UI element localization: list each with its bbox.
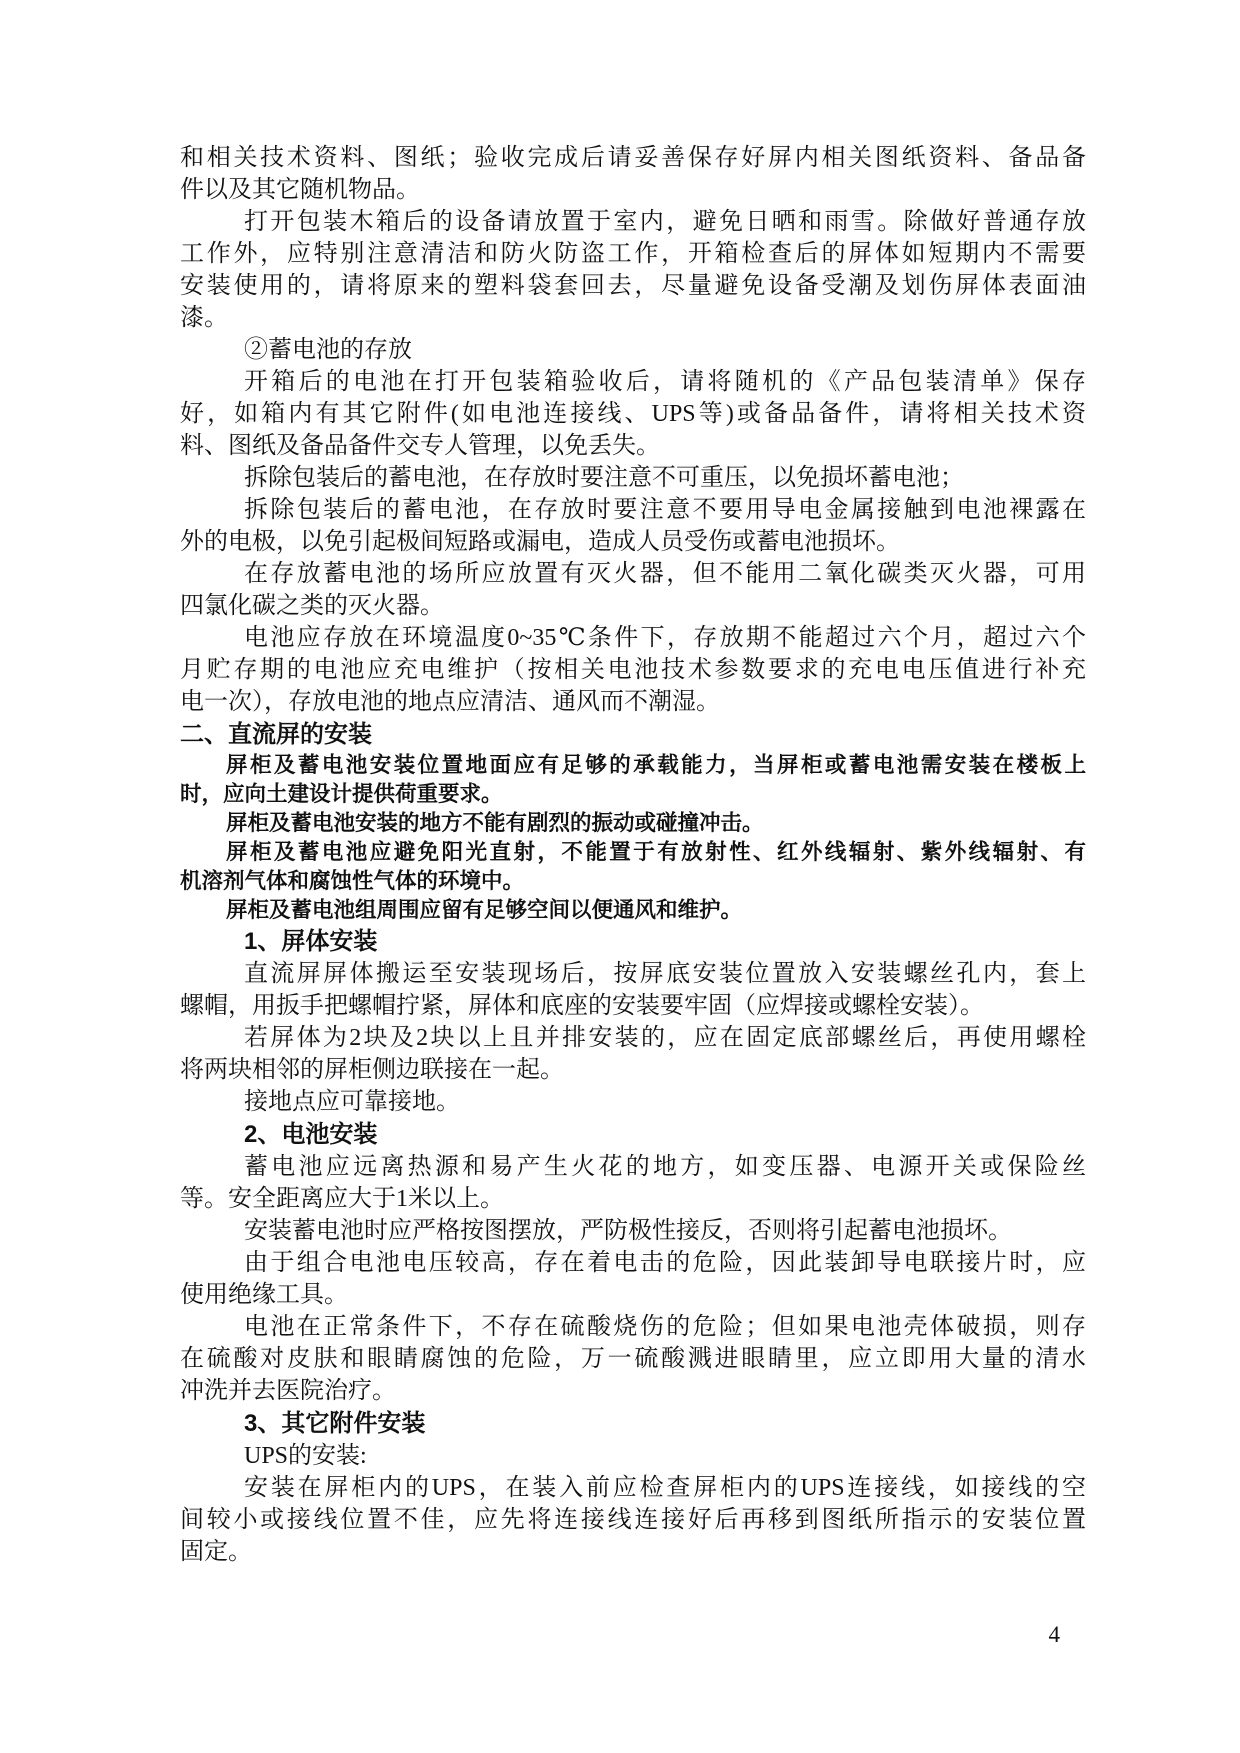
page-number: 4 <box>180 1620 1086 1650</box>
text-line: 3、其它附件安装 <box>180 1407 1086 1440</box>
text-line: 电池应存放在环境温度0~35℃条件下，存放期不能超过六个月，超过六个 <box>180 622 1086 654</box>
text-line: 接地点应可靠接地。 <box>180 1086 1086 1118</box>
text-line: 二、直流屏的安装 <box>180 718 1086 751</box>
text-line: 开箱后的电池在打开包装箱验收后，请将随机的《产品包装清单》保存 <box>180 366 1086 398</box>
text-line: 四氯化碳之类的灭火器。 <box>180 590 1086 622</box>
text-line: 若屏体为2块及2块以上且并排安装的，应在固定底部螺丝后，再使用螺栓 <box>180 1022 1086 1054</box>
text-line: 电池在正常条件下，不存在硫酸烧伤的危险；但如果电池壳体破损，则存 <box>180 1311 1086 1343</box>
text-line: 螺帽，用扳手把螺帽拧紧，屏体和底座的安装要牢固（应焊接或螺栓安装）。 <box>180 990 1086 1022</box>
text-line: 机溶剂气体和腐蚀性气体的环境中。 <box>180 867 1086 896</box>
text-line: 工作外，应特别注意清洁和防火防盗工作，开箱检查后的屏体如短期内不需要 <box>180 238 1086 270</box>
text-line: 由于组合电池电压较高，存在着电击的危险，因此装卸导电联接片时，应 <box>180 1247 1086 1279</box>
text-line: 安装蓄电池时应严格按图摆放，严防极性接反，否则将引起蓄电池损坏。 <box>180 1215 1086 1247</box>
text-line: 屏柜及蓄电池安装位置地面应有足够的承载能力，当屏柜或蓄电池需安装在楼板上 <box>180 751 1086 780</box>
text-line: 电一次），存放电池的地点应清洁、通风而不潮湿。 <box>180 686 1086 718</box>
text-line: 件以及其它随机物品。 <box>180 174 1086 206</box>
text-line: 时，应向土建设计提供荷重要求。 <box>180 780 1086 809</box>
text-line: 固定。 <box>180 1536 1086 1568</box>
document-page: 和相关技术资料、图纸；验收完成后请妥善保存好屏内相关图纸资料、备品备件以及其它随… <box>0 0 1240 1753</box>
text-line: 蓄电池应远离热源和易产生火花的地方，如变压器、电源开关或保险丝 <box>180 1151 1086 1183</box>
text-line: 屏柜及蓄电池安装的地方不能有剧烈的振动或碰撞冲击。 <box>180 809 1086 838</box>
text-line: 等。安全距离应大于1米以上。 <box>180 1183 1086 1215</box>
text-line: 1、屏体安装 <box>180 925 1086 958</box>
text-line: 和相关技术资料、图纸；验收完成后请妥善保存好屏内相关图纸资料、备品备 <box>180 142 1086 174</box>
text-line: 屏柜及蓄电池应避免阳光直射，不能置于有放射性、红外线辐射、紫外线辐射、有 <box>180 838 1086 867</box>
text-line: 屏柜及蓄电池组周围应留有足够空间以便通风和维护。 <box>180 896 1086 925</box>
text-line: 好，如箱内有其它附件(如电池连接线、UPS等)或备品备件，请将相关技术资 <box>180 398 1086 430</box>
text-line: 拆除包装后的蓄电池，在存放时要注意不可重压，以免损坏蓄电池； <box>180 462 1086 494</box>
text-line: UPS的安装: <box>180 1440 1086 1472</box>
text-line: 漆。 <box>180 302 1086 334</box>
text-line: 打开包装木箱后的设备请放置于室内，避免日晒和雨雪。除做好普通存放 <box>180 206 1086 238</box>
text-line: ②蓄电池的存放 <box>180 334 1086 366</box>
text-line: 拆除包装后的蓄电池，在存放时要注意不要用导电金属接触到电池裸露在 <box>180 494 1086 526</box>
text-line: 安装在屏柜内的UPS，在装入前应检查屏柜内的UPS连接线，如接线的空 <box>180 1472 1086 1504</box>
text-line: 料、图纸及备品备件交专人管理，以免丢失。 <box>180 430 1086 462</box>
text-line: 冲洗并去医院治疗。 <box>180 1375 1086 1407</box>
text-line: 月贮存期的电池应充电维护（按相关电池技术参数要求的充电电压值进行补充 <box>180 654 1086 686</box>
text-line: 2、电池安装 <box>180 1118 1086 1151</box>
text-line: 间较小或接线位置不佳，应先将连接线连接好后再移到图纸所指示的安装位置 <box>180 1504 1086 1536</box>
text-line: 在硫酸对皮肤和眼睛腐蚀的危险，万一硫酸溅进眼睛里，应立即用大量的清水 <box>180 1343 1086 1375</box>
text-line: 将两块相邻的屏柜侧边联接在一起。 <box>180 1054 1086 1086</box>
document-content: 和相关技术资料、图纸；验收完成后请妥善保存好屏内相关图纸资料、备品备件以及其它随… <box>180 142 1086 1568</box>
text-line: 外的电极，以免引起极间短路或漏电，造成人员受伤或蓄电池损坏。 <box>180 526 1086 558</box>
text-line: 使用绝缘工具。 <box>180 1279 1086 1311</box>
text-line: 在存放蓄电池的场所应放置有灭火器，但不能用二氧化碳类灭火器，可用 <box>180 558 1086 590</box>
text-line: 直流屏屏体搬运至安装现场后，按屏底安装位置放入安装螺丝孔内，套上 <box>180 958 1086 990</box>
text-line: 安装使用的，请将原来的塑料袋套回去，尽量避免设备受潮及划伤屏体表面油 <box>180 270 1086 302</box>
